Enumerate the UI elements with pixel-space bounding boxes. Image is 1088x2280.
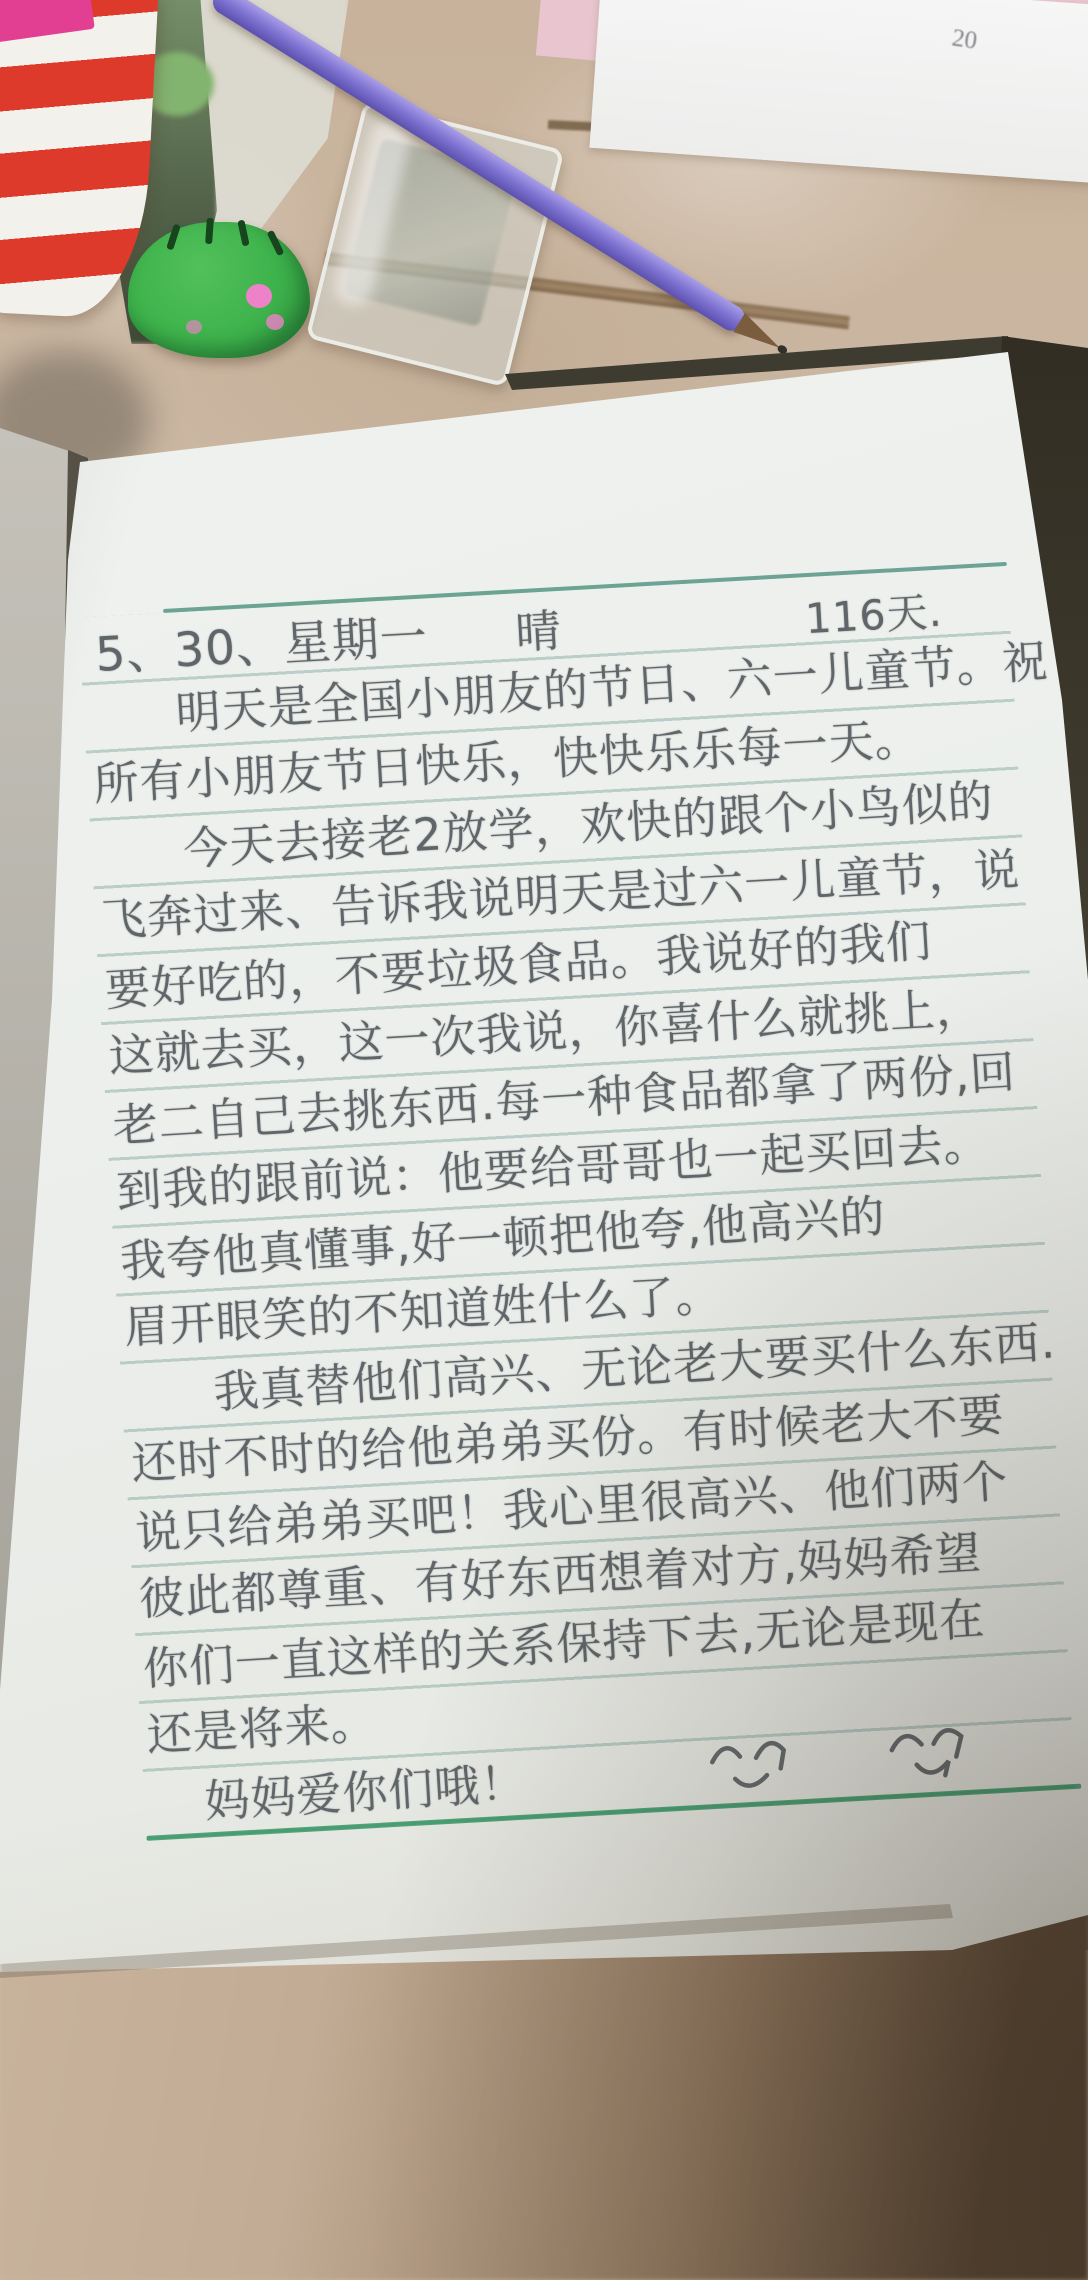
paper-page-number: 20 bbox=[950, 24, 979, 55]
handwriting-lines: 明天是全国小朋友的节日、六一儿童节。祝所有小朋友节日快乐，快快乐乐每一天。今天去… bbox=[82, 634, 1075, 1840]
eraser-seed bbox=[237, 220, 249, 247]
eraser-spot bbox=[186, 320, 202, 334]
eraser-spot bbox=[246, 284, 272, 308]
photo-scene: 20 5、30、星期一 晴 116天. 明天是全国小朋友的节日、六一儿童节。祝所… bbox=[0, 0, 1088, 2280]
ruled-sheet: 5、30、星期一 晴 116天. 明天是全国小朋友的节日、六一儿童节。祝所有小朋… bbox=[70, 416, 1078, 1886]
eraser-seed bbox=[205, 218, 214, 244]
smiley-face-icon bbox=[891, 1730, 963, 1779]
watermelon-eraser bbox=[128, 222, 310, 358]
diary-day-count: 116天. bbox=[803, 579, 943, 646]
smiley-face-icon bbox=[711, 1742, 785, 1787]
diary-weather: 晴 bbox=[514, 594, 564, 661]
eraser-spot bbox=[266, 314, 284, 330]
